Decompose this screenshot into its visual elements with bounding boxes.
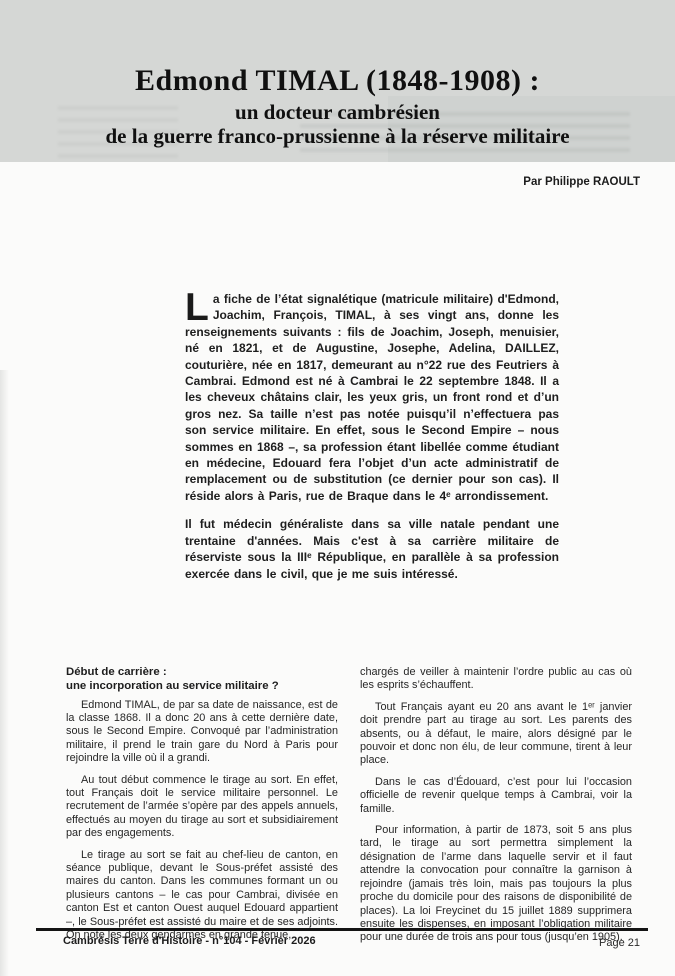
intro-paragraph-2: Il fut médecin généraliste dans sa ville… bbox=[185, 516, 559, 582]
right-column-paragraph: Pour information, à partir de 1873, soit… bbox=[360, 824, 632, 945]
right-column: chargés de veiller à maintenir l’ordre p… bbox=[360, 666, 632, 953]
section-heading-line1: Début de carrière : bbox=[66, 666, 338, 680]
article-title-line1: Edmond TIMAL (1848-1908) : bbox=[0, 64, 675, 98]
scan-left-edge-shade bbox=[0, 370, 9, 976]
left-column-paragraph: Au tout début commence le tirage au sort… bbox=[66, 774, 338, 841]
author-byline: Par Philippe RAOULT bbox=[523, 176, 640, 188]
left-column: Début de carrière : une incorporation au… bbox=[66, 666, 338, 951]
article-title-line2: un docteur cambrésien bbox=[0, 101, 675, 124]
intro-block: La fiche de l’état signalétique (matricu… bbox=[185, 291, 559, 594]
article-title-line3: de la guerre franco-prussienne à la rése… bbox=[0, 125, 675, 148]
scanned-article-page: Edmond TIMAL (1848-1908) : un docteur ca… bbox=[0, 0, 675, 976]
right-column-paragraph: Tout Français ayant eu 20 ans avant le 1… bbox=[360, 701, 632, 768]
footer-rule bbox=[36, 928, 648, 931]
footer-page-number: Page 21 bbox=[599, 937, 640, 949]
footer-journal-title: Cambrésis Terre d'Histoire - n°104 - Fév… bbox=[63, 935, 316, 947]
intro-paragraph-1-text: a fiche de l’état signalétique (matricul… bbox=[185, 292, 559, 503]
right-column-paragraph: chargés de veiller à maintenir l’ordre p… bbox=[360, 666, 632, 693]
drop-cap: L bbox=[185, 291, 213, 323]
section-heading-line2: une incorporation au service militaire ? bbox=[66, 680, 338, 694]
intro-paragraph-1: La fiche de l’état signalétique (matricu… bbox=[185, 291, 559, 504]
right-column-paragraph: Dans le cas d’Édouard, c’est pour lui l’… bbox=[360, 776, 632, 816]
left-column-paragraph: Edmond TIMAL, de par sa date de naissanc… bbox=[66, 699, 338, 766]
